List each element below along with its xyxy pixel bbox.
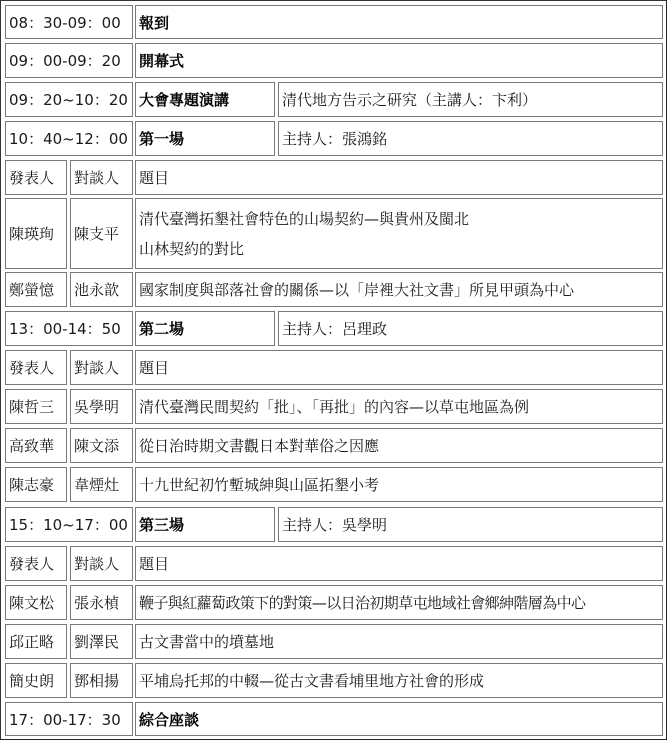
session-name: 第三場 <box>135 507 275 542</box>
header-discussant: 對談人 <box>70 160 133 195</box>
time-cell: 09：20~10：20 <box>5 82 133 117</box>
discussant-cell: 張永楨 <box>70 585 133 620</box>
presenter-cell: 陳哲三 <box>5 389 67 424</box>
title-line: 山林契約的對比 <box>139 234 244 264</box>
header-presenter: 發表人 <box>5 160 67 195</box>
title-cell: 鞭子與紅蘿蔔政策下的對策—以日治初期草屯地域社會鄉紳階層為中心 <box>135 585 663 620</box>
event-cell: 大會專題演講 <box>135 82 275 117</box>
session-name: 第一場 <box>135 121 275 156</box>
title-cell: 清代臺灣拓墾社會特色的山場契約—與貴州及閩北 山林契約的對比 <box>135 198 663 269</box>
discussant-cell: 陳文添 <box>70 428 133 463</box>
discussant-cell: 吳學明 <box>70 389 133 424</box>
header-discussant: 對談人 <box>70 350 133 385</box>
presenter-cell: 陳文松 <box>5 585 67 620</box>
event-cell: 開幕式 <box>135 43 663 78</box>
header-title: 題目 <box>135 160 663 195</box>
presenter-cell: 高致華 <box>5 428 67 463</box>
presenter-cell: 陳瑛珣 <box>5 198 67 269</box>
title-cell: 十九世紀初竹塹城紳與山區拓墾小考 <box>135 467 663 502</box>
presenter-cell: 陳志豪 <box>5 467 67 502</box>
discussant-cell: 鄧相揚 <box>70 663 133 698</box>
header-title: 題目 <box>135 546 663 581</box>
time-cell: 15：10~17：00 <box>5 507 133 542</box>
title-cell: 古文書當中的墳墓地 <box>135 624 663 659</box>
session-host: 主持人：張鴻銘 <box>278 121 663 156</box>
event-cell: 綜合座談 <box>135 702 663 736</box>
session-name: 第二場 <box>135 311 275 346</box>
keynote-detail: 清代地方告示之研究（主講人：卞利） <box>278 82 663 117</box>
title-cell: 平埔烏托邦的中輟—從古文書看埔里地方社會的形成 <box>135 663 663 698</box>
discussant-cell: 陳支平 <box>70 198 133 269</box>
title-cell: 從日治時期文書觀日本對華俗之因應 <box>135 428 663 463</box>
event-cell: 報到 <box>135 5 663 39</box>
header-presenter: 發表人 <box>5 546 67 581</box>
title-cell: 清代臺灣民間契約「批」、「再批」的內容—以草屯地區為例 <box>135 389 663 424</box>
title-cell: 國家制度與部落社會的關係—以「岸裡大社文書」所見甲頭為中心 <box>135 272 663 307</box>
header-title: 題目 <box>135 350 663 385</box>
session-host: 主持人：呂理政 <box>278 311 663 346</box>
time-cell: 13：00-14：50 <box>5 311 133 346</box>
time-cell: 09：00-09：20 <box>5 43 133 78</box>
discussant-cell: 池永歆 <box>70 272 133 307</box>
time-cell: 17：00-17：30 <box>5 702 133 736</box>
title-line: 清代臺灣拓墾社會特色的山場契約—與貴州及閩北 <box>139 204 469 234</box>
presenter-cell: 邱正略 <box>5 624 67 659</box>
presenter-cell: 簡史朗 <box>5 663 67 698</box>
schedule-table: 08：30-09：00 報到 09：00-09：20 開幕式 09：20~10：… <box>0 0 667 740</box>
discussant-cell: 劉澤民 <box>70 624 133 659</box>
time-cell: 10：40~12：00 <box>5 121 133 156</box>
header-presenter: 發表人 <box>5 350 67 385</box>
time-cell: 08：30-09：00 <box>5 5 133 39</box>
discussant-cell: 韋煙灶 <box>70 467 133 502</box>
presenter-cell: 鄭螢憶 <box>5 272 67 307</box>
session-host: 主持人：吳學明 <box>278 507 663 542</box>
header-discussant: 對談人 <box>70 546 133 581</box>
